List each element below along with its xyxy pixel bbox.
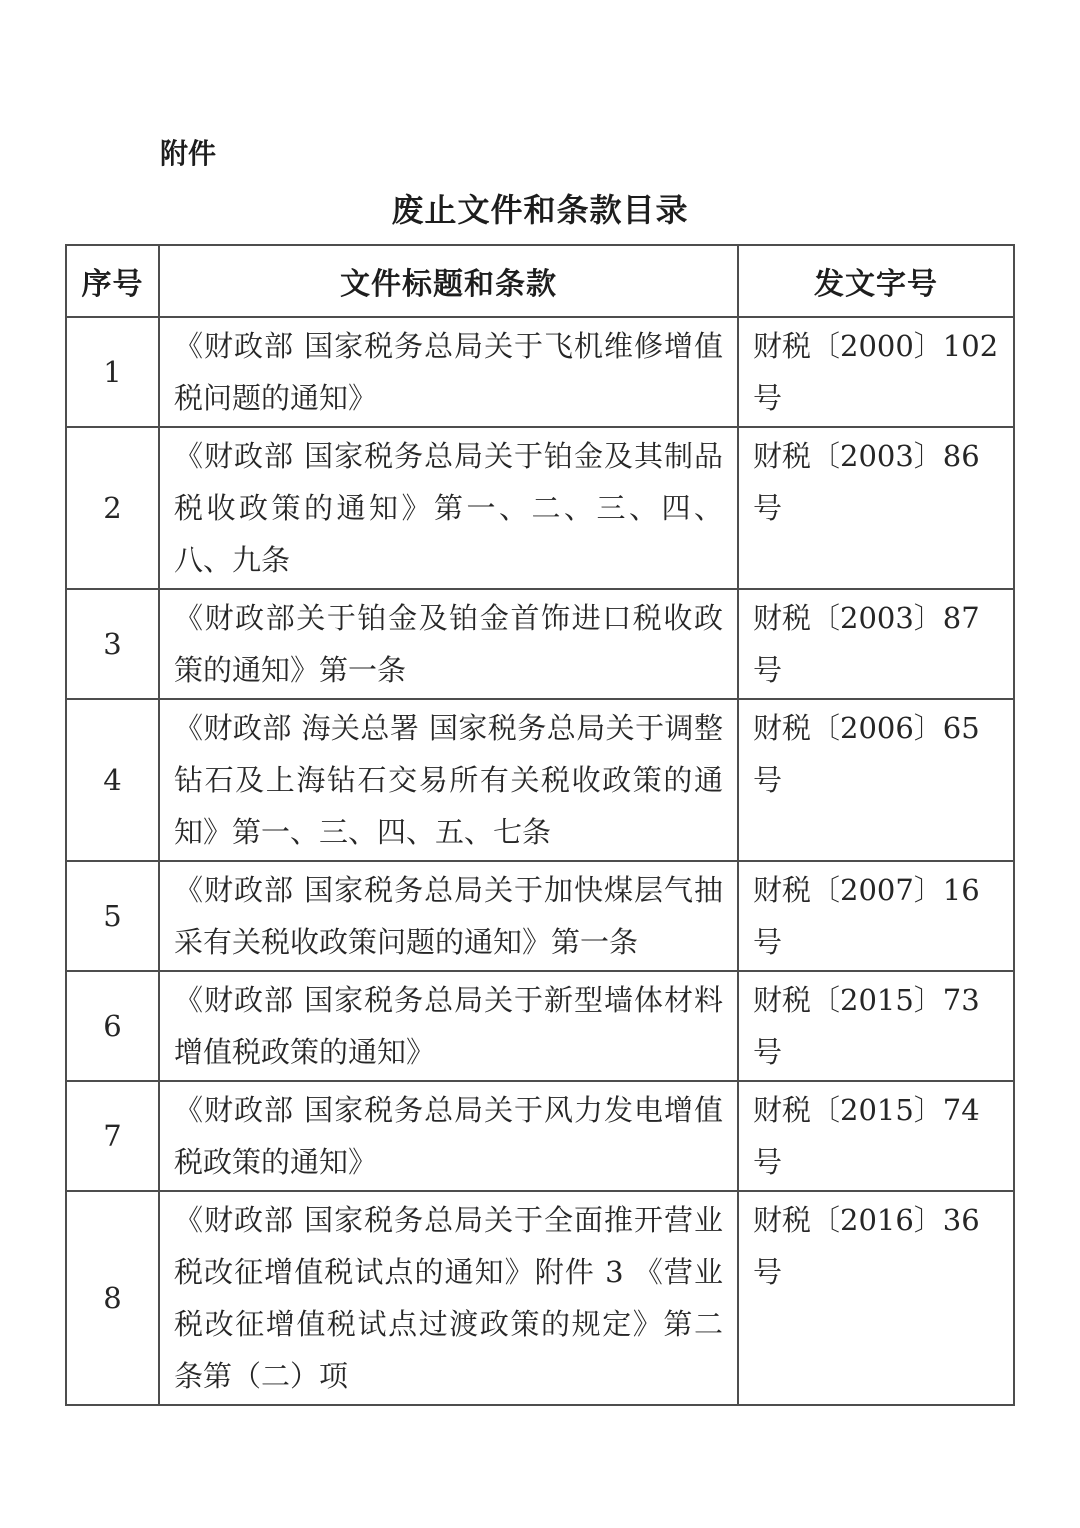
row-document-number: 财税〔2007〕16 号 (738, 861, 1014, 971)
table-row: 4《财政部 海关总署 国家税务总局关于调整钻石及上海钻石交易所有关税收政策的通知… (66, 699, 1014, 861)
table-row: 5《财政部 国家税务总局关于加快煤层气抽采有关税收政策问题的通知》第一条财税〔2… (66, 861, 1014, 971)
row-serial-number: 5 (66, 861, 159, 971)
row-document-title: 《财政部 国家税务总局关于新型墙体材料增值税政策的通知》 (159, 971, 738, 1081)
row-document-number: 财税〔2015〕74 号 (738, 1081, 1014, 1191)
row-serial-number: 3 (66, 589, 159, 699)
header-row: 序号 文件标题和条款 发文字号 (66, 245, 1014, 317)
table-row: 3《财政部关于铂金及铂金首饰进口税收政策的通知》第一条财税〔2003〕87 号 (66, 589, 1014, 699)
row-document-title: 《财政部 国家税务总局关于风力发电增值税政策的通知》 (159, 1081, 738, 1191)
abolished-documents-table: 序号 文件标题和条款 发文字号 1《财政部 国家税务总局关于飞机维修增值税问题的… (65, 244, 1015, 1406)
row-document-title: 《财政部 国家税务总局关于铂金及其制品税收政策的通知》第一、二、三、四、八、九条 (159, 427, 738, 589)
row-serial-number: 6 (66, 971, 159, 1081)
row-serial-number: 1 (66, 317, 159, 427)
table-header-row: 序号 文件标题和条款 发文字号 (66, 245, 1014, 317)
table-row: 1《财政部 国家税务总局关于飞机维修增值税问题的通知》财税〔2000〕102 号 (66, 317, 1014, 427)
row-document-title: 《财政部关于铂金及铂金首饰进口税收政策的通知》第一条 (159, 589, 738, 699)
header-document-title: 文件标题和条款 (159, 245, 738, 317)
row-document-title: 《财政部 国家税务总局关于加快煤层气抽采有关税收政策问题的通知》第一条 (159, 861, 738, 971)
row-serial-number: 2 (66, 427, 159, 589)
row-document-number: 财税〔2016〕36 号 (738, 1191, 1014, 1405)
row-document-number: 财税〔2006〕65 号 (738, 699, 1014, 861)
header-serial-number: 序号 (66, 245, 159, 317)
attachment-label: 附件 (160, 138, 1080, 170)
row-document-title: 《财政部 国家税务总局关于全面推开营业税改征增值税试点的通知》附件 3 《营业税… (159, 1191, 738, 1405)
table-row: 6《财政部 国家税务总局关于新型墙体材料增值税政策的通知》财税〔2015〕73 … (66, 971, 1014, 1081)
row-serial-number: 8 (66, 1191, 159, 1405)
page-title: 废止文件和条款目录 (0, 192, 1080, 228)
row-document-number: 财税〔2015〕73 号 (738, 971, 1014, 1081)
header-document-number: 发文字号 (738, 245, 1014, 317)
row-document-number: 财税〔2000〕102 号 (738, 317, 1014, 427)
table-row: 7《财政部 国家税务总局关于风力发电增值税政策的通知》财税〔2015〕74 号 (66, 1081, 1014, 1191)
row-serial-number: 4 (66, 699, 159, 861)
table-body: 1《财政部 国家税务总局关于飞机维修增值税问题的通知》财税〔2000〕102 号… (66, 317, 1014, 1405)
table-row: 2《财政部 国家税务总局关于铂金及其制品税收政策的通知》第一、二、三、四、八、九… (66, 427, 1014, 589)
row-serial-number: 7 (66, 1081, 159, 1191)
row-document-number: 财税〔2003〕86 号 (738, 427, 1014, 589)
row-document-title: 《财政部 海关总署 国家税务总局关于调整钻石及上海钻石交易所有关税收政策的通知》… (159, 699, 738, 861)
table-row: 8《财政部 国家税务总局关于全面推开营业税改征增值税试点的通知》附件 3 《营业… (66, 1191, 1014, 1405)
row-document-number: 财税〔2003〕87 号 (738, 589, 1014, 699)
document-page: 附件 废止文件和条款目录 序号 文件标题和条款 发文字号 1《财政部 国家税务总… (0, 0, 1080, 1528)
row-document-title: 《财政部 国家税务总局关于飞机维修增值税问题的通知》 (159, 317, 738, 427)
